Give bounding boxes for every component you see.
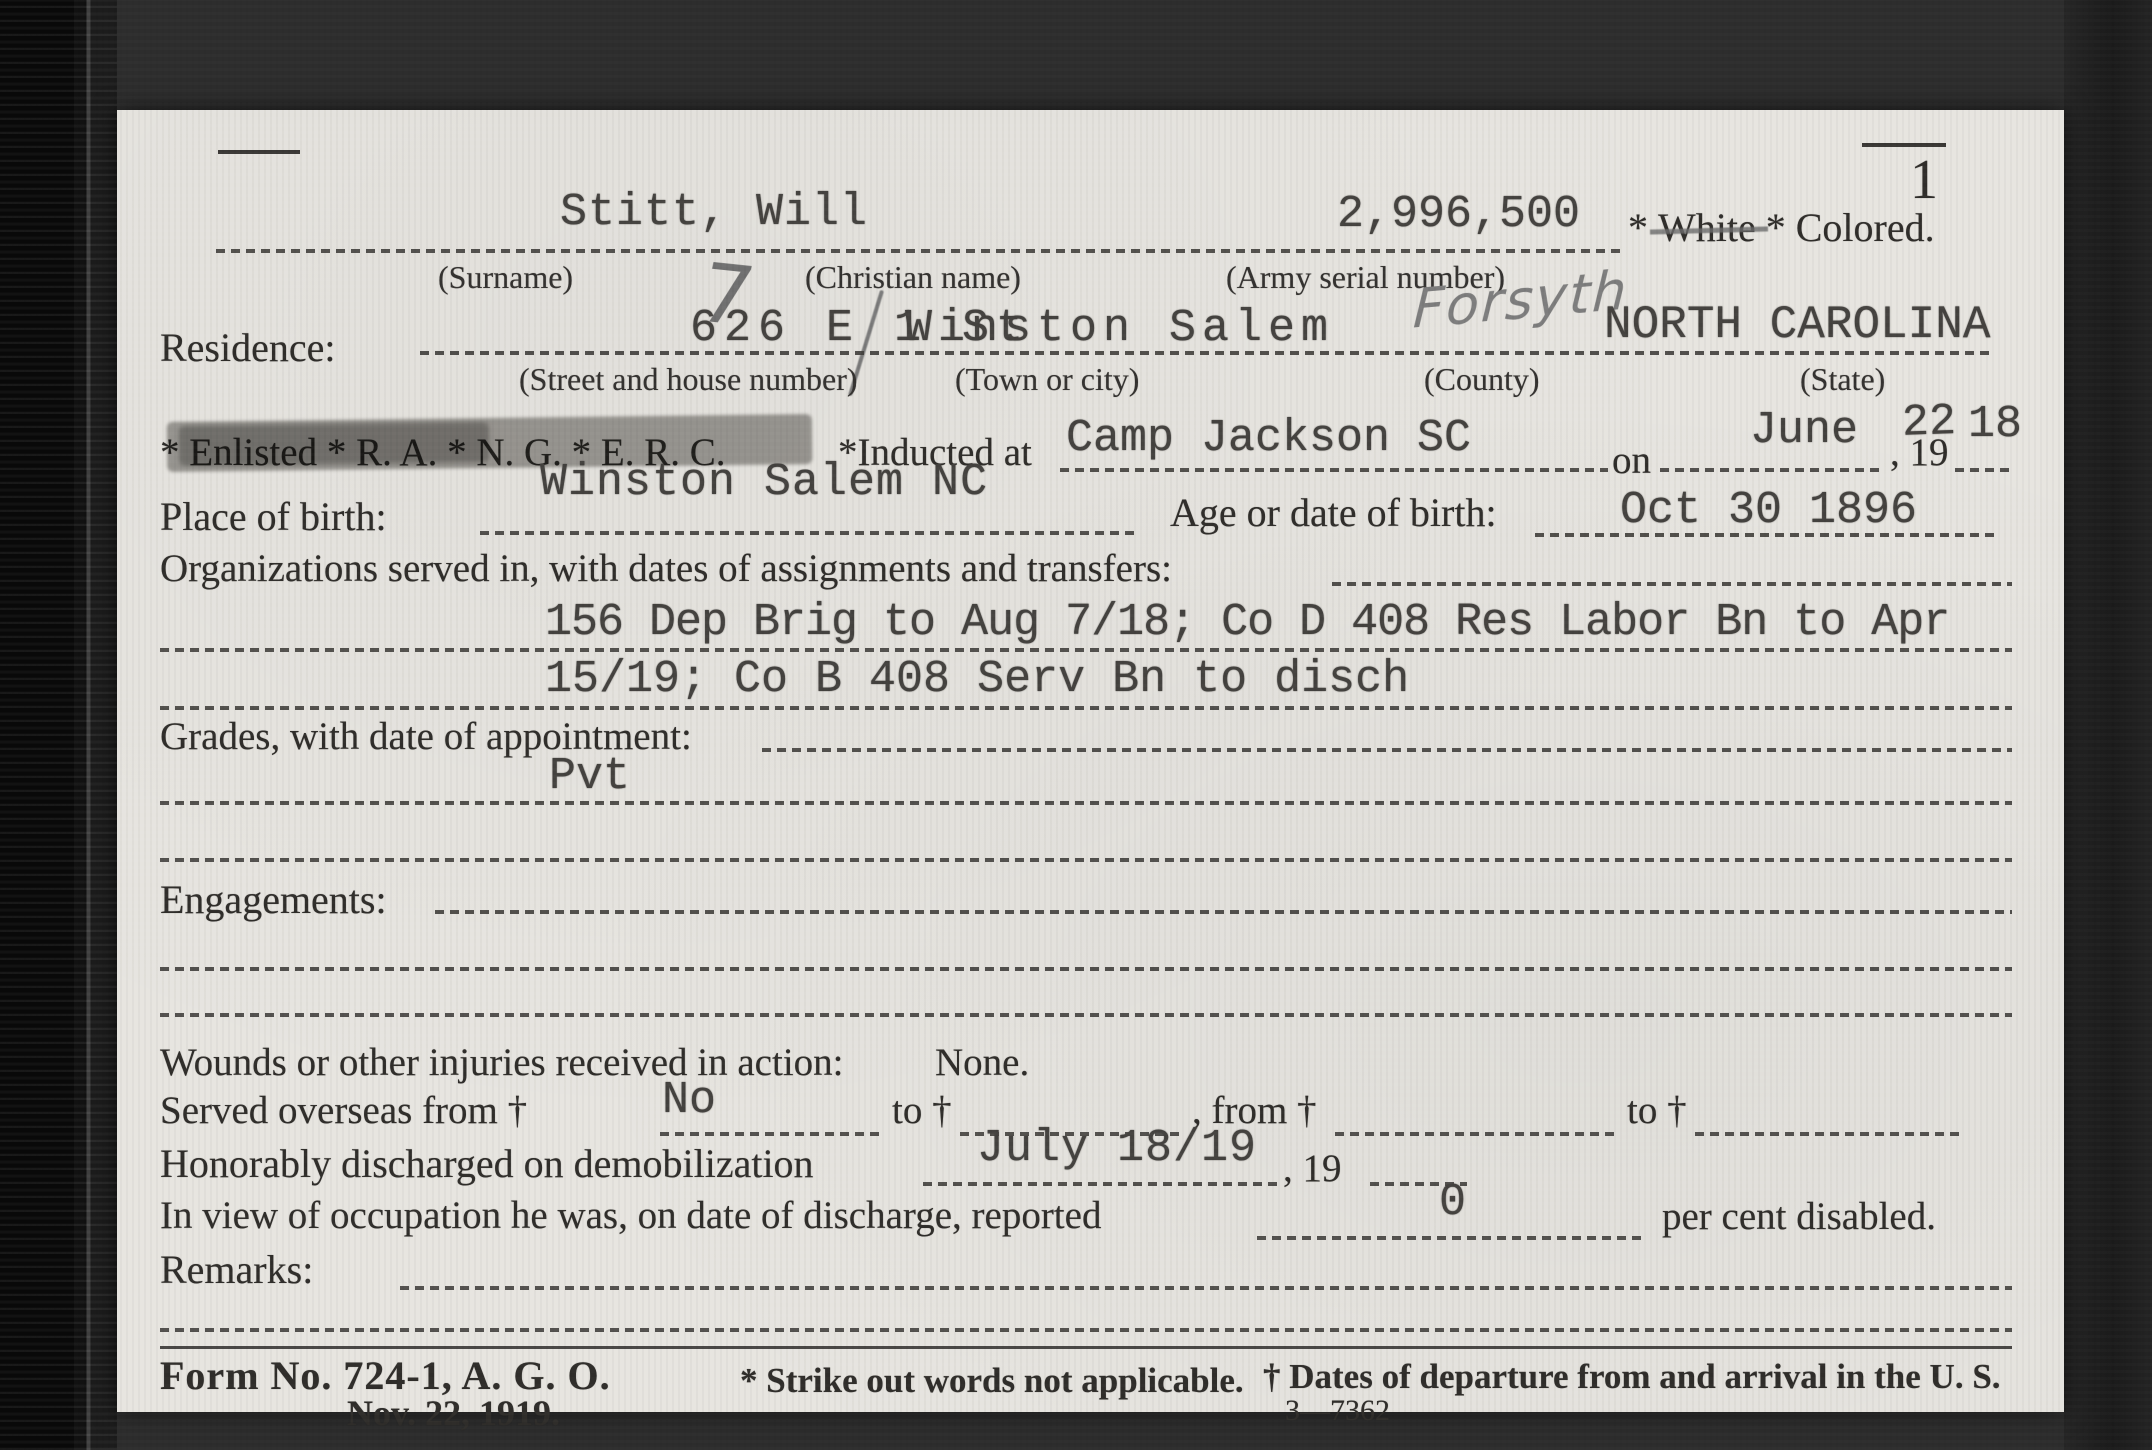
dotted-line [762,748,2012,752]
discharge-label: Honorably discharged on demobilization [160,1142,814,1186]
overseas-from-value: No [662,1076,716,1126]
dotted-line [160,1013,2012,1017]
departure-dates-note: † Dates of departure from and arrival in… [1263,1358,2001,1397]
dotted-line [1660,468,1880,472]
strike-out-note: * Strike out words not applicable. [740,1362,1244,1401]
discharge-year-label: , 19 [1283,1148,1342,1191]
race-colored-option: * Colored. [1756,205,1935,250]
street-label: (Street and house number) [519,362,858,397]
overseas-to1-label: to † [892,1090,952,1133]
dotted-line [216,249,1625,253]
dotted-line [160,801,2012,805]
dotted-line [1257,1236,1647,1240]
surname-label: (Surname) [438,260,573,295]
state-label: (State) [1800,362,1885,397]
discharge-date-value: July 18/19 [977,1124,1257,1174]
surname-christian-value: Stitt, Will [560,188,868,238]
race-star: * [1628,205,1658,250]
scan-right-edge [2064,0,2152,1450]
birth-place-value: Winston Salem NC [540,458,988,508]
dotted-line [160,706,2012,710]
induction-month-value: June [1750,406,1858,456]
scanned-page-background: 1 Stitt, Will 2,996,500 * White * Colore… [0,0,2152,1450]
dotted-line [420,351,1990,355]
wounds-label: Wounds or other injuries received in act… [160,1042,844,1085]
dotted-line [435,910,2012,914]
disability-label: In view of occupation he was, on date of… [160,1195,1101,1238]
grade-value: Pvt [549,752,630,802]
dotted-line [1335,1132,1620,1136]
page-number-overline [1862,143,1946,147]
organizations-line1-value: 156 Dep Brig to Aug 7/18; Co D 408 Res L… [545,598,1949,648]
dotted-line [160,967,2012,971]
residence-label: Residence: [160,326,336,370]
overseas-to2-label: to † [1627,1090,1687,1133]
organizations-label: Organizations served in, with dates of a… [160,548,1172,591]
race-options: * White * Colored. [1628,206,1935,250]
dotted-line [1332,582,2012,586]
town-label: (Town or city) [955,362,1139,397]
wounds-value: None. [935,1042,1029,1085]
form-number: Form No. 724-1, A. G. O. [160,1354,611,1398]
county-label: (County) [1424,362,1540,397]
organizations-line2-value: 15/19; Co B 408 Serv Bn to disch [545,655,1409,705]
page-number: 1 [1910,150,1938,212]
remarks-label: Remarks: [160,1248,313,1292]
service-record-card: 1 Stitt, Will 2,996,500 * White * Colore… [117,110,2064,1412]
christian-name-label: (Christian name) [805,260,1021,295]
age-or-date-of-birth-label: Age or date of birth: [1170,491,1497,535]
induction-day-value-overstruck: 22 [1901,397,1957,448]
strikeout-smear-dark [179,422,489,466]
dotted-line [1695,1132,1963,1136]
birth-date-value: Oct 30 1896 [1620,486,1917,536]
dotted-line [160,1328,2012,1332]
engagements-label: Engagements: [160,878,387,922]
disability-percent-value: 0 [1439,1178,1466,1228]
dotted-line [1535,533,1995,537]
dotted-line [923,1182,1277,1186]
form-date: Nov. 22, 1919. [347,1394,560,1434]
army-serial-value: 2,996,500 [1337,190,1580,240]
dotted-line [400,1286,2012,1290]
on-label: on [1612,440,1651,483]
induction-year-value: 18 [1968,400,2022,450]
state-value: NORTH CAROLINA [1604,300,1990,351]
top-left-tally-mark [218,150,300,154]
served-overseas-label: Served overseas from † [160,1090,527,1133]
dotted-line [480,531,1135,535]
race-white-option-struck: White [1658,206,1756,250]
dotted-line [1955,468,2010,472]
per-cent-disabled-label: per cent disabled. [1662,1196,1936,1239]
dotted-line [660,1132,880,1136]
induction-place-value: Camp Jackson SC [1066,414,1471,464]
dotted-line [1060,468,1608,472]
scan-left-edge [0,0,117,1450]
print-code: 3—7362 [1285,1394,1390,1427]
place-of-birth-label: Place of birth: [160,495,387,539]
dotted-line [160,648,2012,652]
dotted-line [160,858,2012,862]
town-value: Winston Salem [905,304,1334,354]
footer-rule [160,1346,2012,1349]
